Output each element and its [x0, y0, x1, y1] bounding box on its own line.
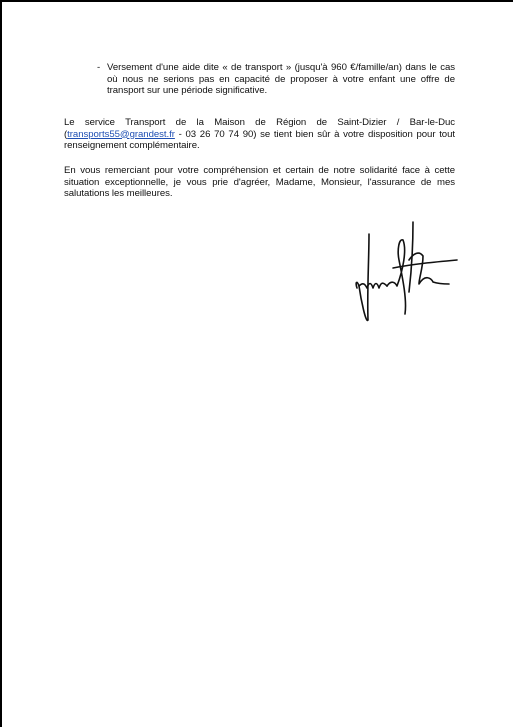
- signature-icon: [347, 220, 462, 330]
- bullet-marker: -: [97, 62, 100, 74]
- bullet-item-transport-aid: Versement d'une aide dite « de transport…: [107, 62, 455, 97]
- email-link[interactable]: transports55@grandest.fr: [67, 129, 175, 140]
- contact-paragraph: Le service Transport de la Maison de Rég…: [64, 117, 455, 152]
- contact-line-1: Le service Transport de la Maison de Rég…: [64, 117, 455, 129]
- closing-paragraph: En vous remerciant pour votre compréhens…: [64, 165, 455, 200]
- document-page: - Versement d'une aide dite « de transpo…: [0, 0, 513, 727]
